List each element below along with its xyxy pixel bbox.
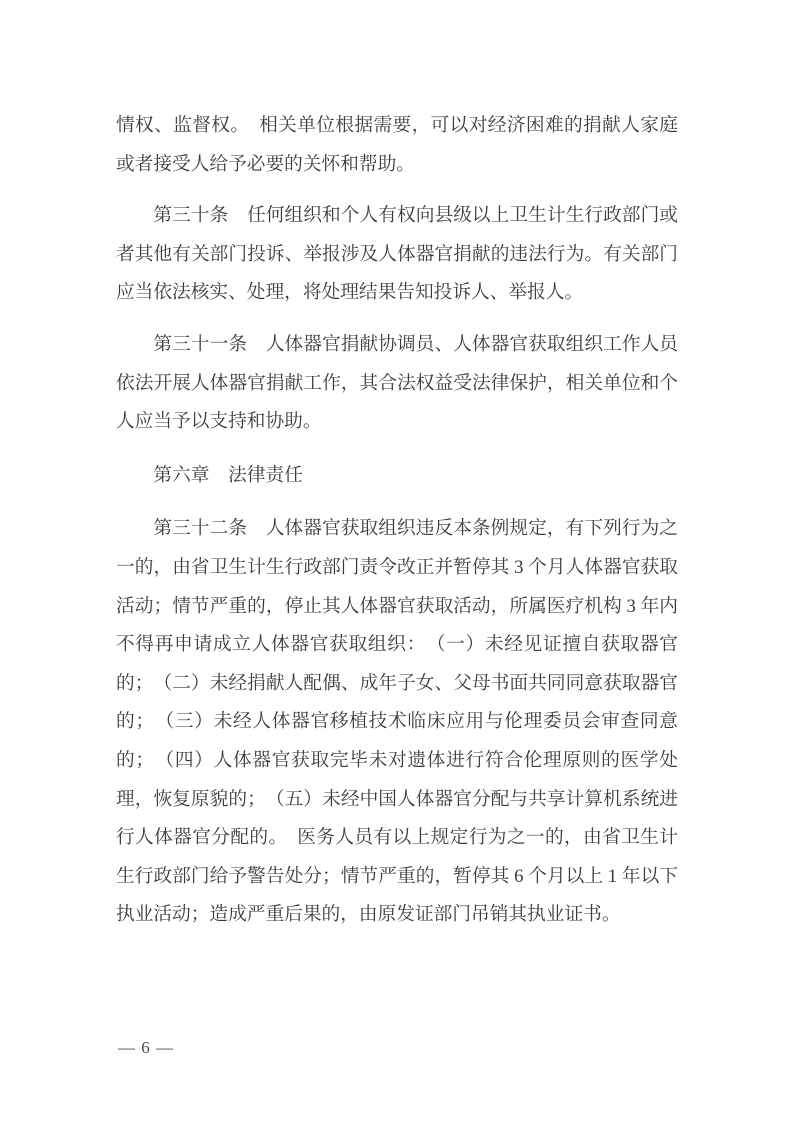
document-body: 情权、监督权。 相关单位根据需要，可以对经济困难的捐献人家庭或者接受人给予必要的…: [116, 107, 678, 948]
paragraph-article-32: 第三十二条 人体器官获取组织违反本条例规定，有下列行为之一的，由省卫生计生行政部…: [116, 510, 678, 935]
paragraph-continuation: 情权、监督权。 相关单位根据需要，可以对经济困难的捐献人家庭或者接受人给予必要的…: [116, 107, 678, 184]
document-page: 情权、监督权。 相关单位根据需要，可以对经济困难的捐献人家庭或者接受人给予必要的…: [0, 0, 793, 1122]
page-number: — 6 —: [118, 1038, 174, 1058]
paragraph-article-30: 第三十条 任何组织和个人有权向县级以上卫生计生行政部门或者其他有关部门投诉、举报…: [116, 197, 678, 313]
chapter-heading: 第六章 法律责任: [116, 457, 678, 496]
paragraph-article-31: 第三十一条 人体器官捐献协调员、人体器官获取组织工作人员依法开展人体器官捐献工作…: [116, 326, 678, 442]
